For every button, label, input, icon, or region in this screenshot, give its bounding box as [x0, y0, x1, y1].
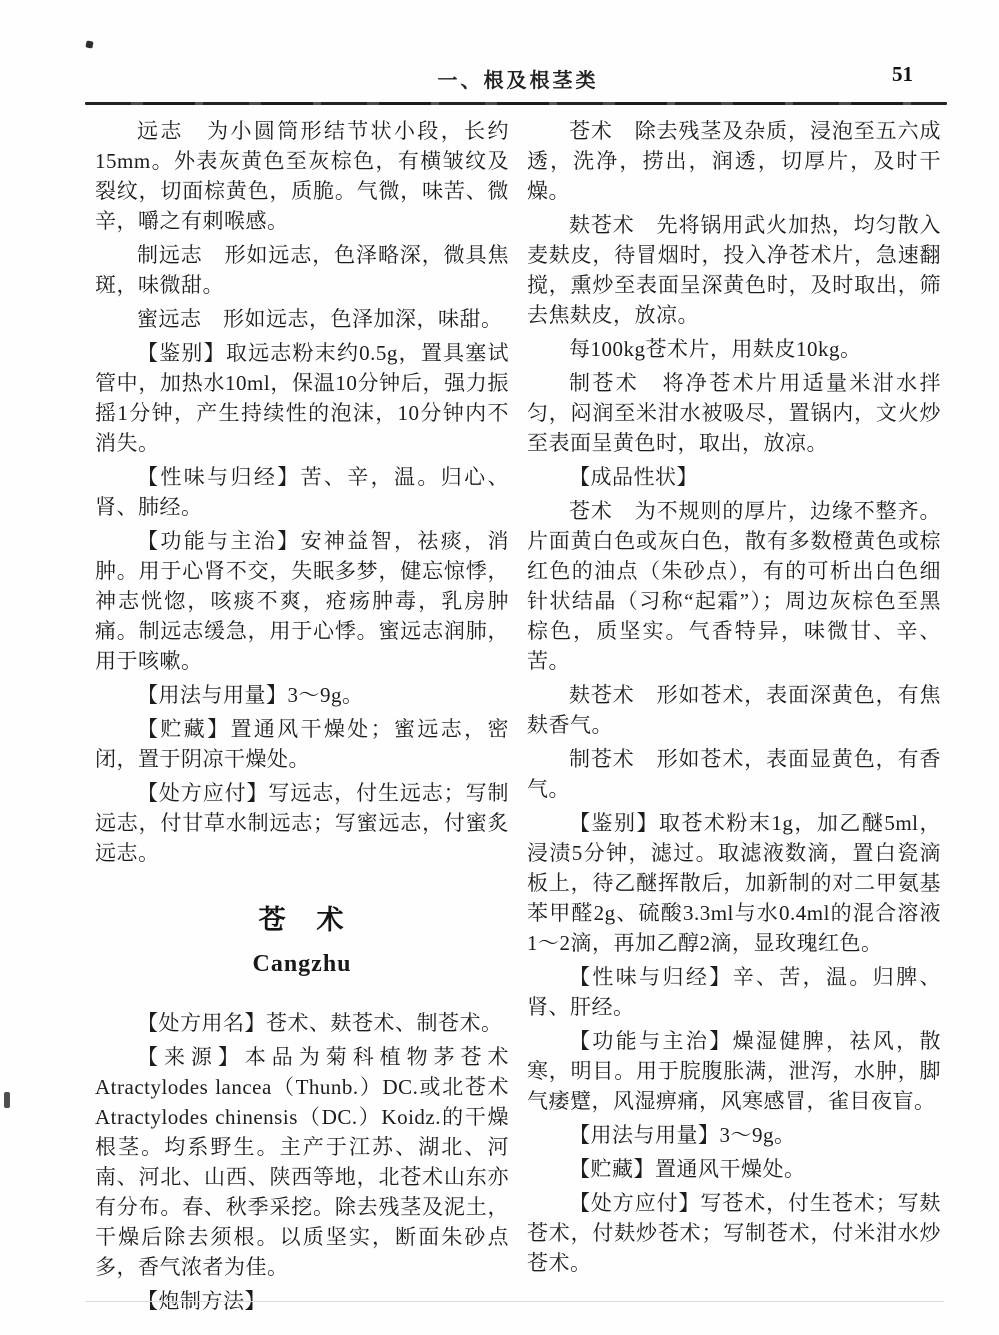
cangzhu-taste-meridian: 【性味与归经】辛、苦，温。归脾、肾、肝经。	[527, 962, 941, 1022]
page-number: 51	[892, 62, 913, 87]
yuanzhi-dosage: 【用法与用量】3～9g。	[95, 680, 509, 710]
yuanzhi-identification: 【鉴别】取远志粉末约0.5g，置具塞试管中，加热水10ml，保温10分钟后，强力…	[95, 338, 509, 458]
yuanzhi-description: 远志 为小圆筒形结节状小段，长约15mm。外表灰黄色至灰棕色，有横皱纹及裂纹，切…	[95, 116, 509, 236]
cangzhu-processing-raw: 苍术 除去残茎及杂质，浸泡至五六成透，洗净，捞出，润透，切厚片，及时干燥。	[527, 116, 941, 206]
cangzhu-identification: 【鉴别】取苍术粉末1g，加乙醚5ml，浸渍5分钟，滤过。取滤液数滴，置白瓷滴板上…	[527, 808, 941, 958]
cangzhu-product-header: 【成品性状】	[527, 462, 941, 492]
ink-speck-margin	[4, 1092, 10, 1108]
cangzhu-storage: 【贮藏】置通风干燥处。	[527, 1154, 941, 1184]
cangzhu-dosage: 【用法与用量】3～9g。	[527, 1120, 941, 1150]
page-header: 一、根及根茎类 51	[95, 60, 941, 94]
zhi-yuanzhi-description: 制远志 形如远志，色泽略深，微具焦斑，味微甜。	[95, 240, 509, 300]
mi-yuanzhi-description: 蜜远志 形如远志，色泽加深，味甜。	[95, 304, 509, 334]
yuanzhi-functions: 【功能与主治】安神益智，祛痰，消肿。用于心肾不交，失眠多梦，健忘惊悸，神志恍惚，…	[95, 526, 509, 676]
two-column-text: 远志 为小圆筒形结节状小段，长约15mm。外表灰黄色至灰棕色，有横皱纹及裂纹，切…	[95, 116, 941, 1295]
cangzhu-product-raw: 苍术 为不规则的厚片，边缘不整齐。片面黄白色或灰白色，散有多数橙黄色或棕红色的油…	[527, 496, 941, 676]
right-column: 苍术 除去残茎及杂质，浸泡至五六成透，洗净，捞出，润透，切厚片，及时干燥。 麸苍…	[527, 116, 941, 1295]
cangzhu-heading: 苍 术	[95, 898, 509, 937]
cangzhu-prescription-names: 【处方用名】苍术、麸苍术、制苍术。	[95, 1008, 509, 1038]
cangzhu-functions: 【功能与主治】燥湿健脾，祛风，散寒，明目。用于脘腹胀满，泄泻，水肿，脚气痿躄，风…	[527, 1026, 941, 1116]
header-rule	[85, 102, 947, 105]
cangzhu-bran-ratio: 每100kg苍术片，用麸皮10kg。	[527, 334, 941, 364]
cangzhu-processing-bran: 麸苍术 先将锅用武火加热，均匀散入麦麸皮，待冒烟时，投入净苍术片，急速翻搅，熏炒…	[527, 210, 941, 330]
cangzhu-pinyin: Cangzhu	[95, 951, 509, 978]
yuanzhi-dispensing: 【处方应付】写远志，付生远志；写制远志，付甘草水制远志；写蜜远志，付蜜炙远志。	[95, 778, 509, 868]
yuanzhi-taste-meridian: 【性味与归经】苦、辛，温。归心、肾、肺经。	[95, 462, 509, 522]
cangzhu-product-bran: 麸苍术 形如苍术，表面深黄色，有焦麸香气。	[527, 680, 941, 740]
ink-speck-top	[85, 40, 93, 48]
cangzhu-product-zhi: 制苍术 形如苍术，表面显黄色，有香气。	[527, 744, 941, 804]
cangzhu-dispensing: 【处方应付】写苍术，付生苍术；写麸苍术，付麸炒苍术；写制苍术，付米泔水炒苍术。	[527, 1188, 941, 1278]
section-title: 一、根及根茎类	[95, 64, 941, 93]
yuanzhi-storage: 【贮藏】置通风干燥处；蜜远志，密闭，置于阴凉干燥处。	[95, 714, 509, 774]
cangzhu-source: 【来源】本品为菊科植物茅苍术 Atractylodes lancea（Thunb…	[95, 1042, 509, 1282]
left-column: 远志 为小圆筒形结节状小段，长约15mm。外表灰黄色至灰棕色，有横皱纹及裂纹，切…	[95, 116, 509, 1295]
footer-rule	[85, 1301, 944, 1302]
book-page: 一、根及根茎类 51 远志 为小圆筒形结节状小段，长约15mm。外表灰黄色至灰棕…	[0, 0, 999, 1335]
cangzhu-processing-zhi: 制苍术 将净苍术片用适量米泔水拌匀，闷润至米泔水被吸尽，置锅内，文火炒至表面呈黄…	[527, 368, 941, 458]
